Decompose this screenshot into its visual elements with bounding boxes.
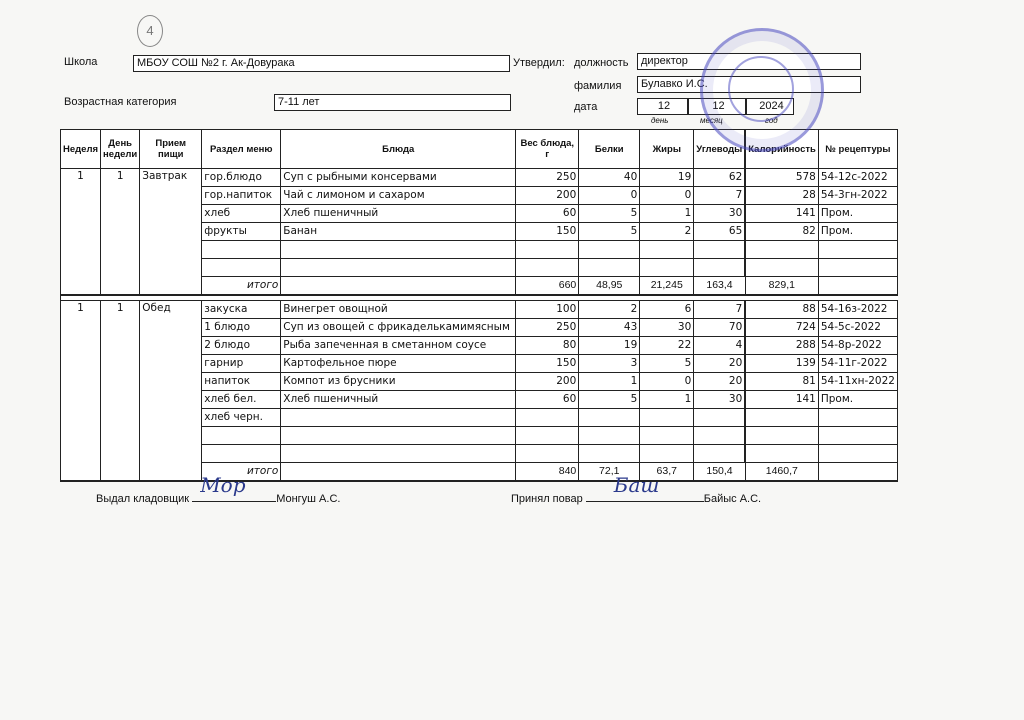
table-header-row: НеделяДень неделиПрием пищиРаздел менюБл… (61, 130, 898, 169)
cell-protein: 2 (579, 301, 640, 319)
date-year-field: 2024 (746, 98, 794, 115)
meal-meal: Завтрак (140, 169, 202, 296)
surname-field: Булавко И.С. (637, 76, 861, 93)
column-header: Белки (579, 130, 640, 169)
cell-kcal: 724 (745, 319, 818, 337)
column-header: День недели (101, 130, 140, 169)
cell-dish: Компот из брусники (281, 373, 516, 391)
cell-weight: 60 (516, 205, 579, 223)
cell-recipe: Пром. (818, 223, 897, 241)
issued-by: Выдал кладовщик Мор Монгуш А.С. (96, 489, 340, 505)
cell-fat: 0 (640, 187, 694, 205)
cell-fat: 19 (640, 169, 694, 187)
cell-weight: 60 (516, 391, 579, 409)
cell-section (202, 241, 281, 259)
cell-recipe: 54-3гн-2022 (818, 187, 897, 205)
approved-label: Утвердил: (513, 57, 565, 69)
issued-signature-line: Мор (192, 489, 276, 502)
cell-carbs (694, 409, 746, 427)
cell-kcal: 82 (745, 223, 818, 241)
cell-kcal: 141 (745, 205, 818, 223)
date-day-field: 12 (637, 98, 688, 115)
cell-recipe (818, 445, 897, 463)
cell-section (202, 427, 281, 445)
cell-kcal: 81 (745, 373, 818, 391)
meal-week: 1 (61, 301, 101, 482)
issued-label: Выдал кладовщик (96, 493, 189, 505)
cell-protein (579, 259, 640, 277)
total-kcal: 829,1 (745, 277, 818, 296)
cell-weight: 250 (516, 169, 579, 187)
meal-day: 1 (101, 301, 140, 482)
cell-carbs: 20 (694, 373, 746, 391)
cell-section (202, 445, 281, 463)
cell-weight: 200 (516, 187, 579, 205)
received-by: Принял повар Баш Байыс А.С. (511, 489, 761, 505)
cell-section: гор.напиток (202, 187, 281, 205)
cell-weight (516, 445, 579, 463)
cell-carbs: 4 (694, 337, 746, 355)
cell-fat (640, 259, 694, 277)
meal-week: 1 (61, 169, 101, 296)
school-field: МБОУ СОШ №2 г. Ак-Довурака (133, 55, 510, 72)
column-header: Прием пищи (140, 130, 202, 169)
cell-fat (640, 445, 694, 463)
cell-carbs (694, 427, 746, 445)
column-header: Блюда (281, 130, 516, 169)
cell-weight: 250 (516, 319, 579, 337)
cell-kcal (745, 409, 818, 427)
cell-protein: 5 (579, 391, 640, 409)
cell-dish (281, 463, 516, 482)
cell-weight (516, 409, 579, 427)
cell-recipe (818, 277, 897, 296)
cell-dish: Рыба запеченная в сметанном соусе (281, 337, 516, 355)
total-weight: 840 (516, 463, 579, 482)
cell-recipe: 54-12с-2022 (818, 169, 897, 187)
page-number-mark: 4 (137, 15, 163, 47)
cell-recipe: Пром. (818, 205, 897, 223)
received-signature-line: Баш (586, 489, 704, 502)
cell-dish: Банан (281, 223, 516, 241)
cell-carbs: 30 (694, 391, 746, 409)
cell-section: 1 блюдо (202, 319, 281, 337)
column-header: Раздел меню (202, 130, 281, 169)
cell-protein: 5 (579, 205, 640, 223)
total-label: итого (202, 277, 281, 296)
total-carbs: 150,4 (694, 463, 746, 482)
cell-carbs: 20 (694, 355, 746, 373)
cell-weight (516, 241, 579, 259)
cell-fat (640, 241, 694, 259)
cell-recipe: 54-11г-2022 (818, 355, 897, 373)
cell-kcal: 139 (745, 355, 818, 373)
menu-table: НеделяДень неделиПрием пищиРаздел менюБл… (60, 129, 898, 482)
cell-section: 2 блюдо (202, 337, 281, 355)
cell-section: хлеб бел. (202, 391, 281, 409)
cell-dish (281, 259, 516, 277)
total-kcal: 1460,7 (745, 463, 818, 482)
cell-weight: 200 (516, 373, 579, 391)
cell-dish: Винегрет овощной (281, 301, 516, 319)
surname-label: фамилия (574, 80, 621, 92)
issued-name: Монгуш А.С. (276, 493, 340, 505)
cell-dish: Чай с лимоном и сахаром (281, 187, 516, 205)
column-header: Вес блюда, г (516, 130, 579, 169)
cell-recipe: 54-5с-2022 (818, 319, 897, 337)
school-label: Школа (64, 56, 97, 68)
cell-fat: 1 (640, 391, 694, 409)
cell-recipe: 54-16з-2022 (818, 301, 897, 319)
cell-protein: 43 (579, 319, 640, 337)
cell-weight: 100 (516, 301, 579, 319)
cell-protein: 1 (579, 373, 640, 391)
position-field: директор (637, 53, 861, 70)
age-category-field: 7-11 лет (274, 94, 511, 111)
column-header: Калорийность (745, 130, 818, 169)
cell-carbs: 62 (694, 169, 746, 187)
cell-protein: 19 (579, 337, 640, 355)
cell-fat: 2 (640, 223, 694, 241)
cell-protein: 5 (579, 223, 640, 241)
total-fat: 21,245 (640, 277, 694, 296)
table-row: 11ОбедзакускаВинегрет овощной1002678854-… (61, 301, 898, 319)
cell-kcal: 578 (745, 169, 818, 187)
cell-dish: Картофельное пюре (281, 355, 516, 373)
cell-fat: 0 (640, 373, 694, 391)
cell-dish (281, 445, 516, 463)
cell-kcal: 28 (745, 187, 818, 205)
cell-kcal (745, 445, 818, 463)
total-weight: 660 (516, 277, 579, 296)
column-header: Неделя (61, 130, 101, 169)
cell-recipe (818, 409, 897, 427)
cell-carbs: 65 (694, 223, 746, 241)
cell-section: гарнир (202, 355, 281, 373)
cell-fat: 5 (640, 355, 694, 373)
position-label: должность (574, 57, 629, 69)
cell-fat: 6 (640, 301, 694, 319)
meal-meal: Обед (140, 301, 202, 482)
cell-recipe (818, 259, 897, 277)
cell-recipe (818, 427, 897, 445)
total-carbs: 163,4 (694, 277, 746, 296)
year-caption: год (765, 116, 778, 125)
cell-fat: 1 (640, 205, 694, 223)
cell-carbs (694, 445, 746, 463)
cell-dish (281, 277, 516, 296)
cell-carbs: 7 (694, 187, 746, 205)
cell-dish (281, 427, 516, 445)
cell-recipe: 54-8р-2022 (818, 337, 897, 355)
meal-day: 1 (101, 169, 140, 296)
cell-protein: 3 (579, 355, 640, 373)
cell-weight (516, 427, 579, 445)
cell-kcal: 141 (745, 391, 818, 409)
cell-fat (640, 409, 694, 427)
month-caption: месяц (700, 116, 723, 125)
cell-protein: 40 (579, 169, 640, 187)
cell-section: напиток (202, 373, 281, 391)
cell-fat (640, 427, 694, 445)
received-label: Принял повар (511, 493, 583, 505)
cell-kcal (745, 259, 818, 277)
cell-dish: Хлеб пшеничный (281, 205, 516, 223)
cell-protein (579, 445, 640, 463)
issued-signature: Мор (200, 473, 245, 497)
cell-section: хлеб черн. (202, 409, 281, 427)
age-category-label: Возрастная категория (64, 96, 176, 108)
cell-recipe: Пром. (818, 391, 897, 409)
date-label: дата (574, 101, 597, 113)
day-caption: день (651, 116, 668, 125)
cell-protein: 0 (579, 187, 640, 205)
cell-carbs (694, 259, 746, 277)
cell-carbs: 30 (694, 205, 746, 223)
cell-protein (579, 427, 640, 445)
cell-protein (579, 241, 640, 259)
cell-section: хлеб (202, 205, 281, 223)
cell-fat: 30 (640, 319, 694, 337)
cell-fat: 22 (640, 337, 694, 355)
cell-dish (281, 241, 516, 259)
date-month-field: 12 (688, 98, 746, 115)
column-header: Углеводы (694, 130, 746, 169)
cell-weight: 150 (516, 223, 579, 241)
cell-dish: Суп с рыбными консервами (281, 169, 516, 187)
received-signature: Баш (614, 473, 660, 497)
cell-weight: 80 (516, 337, 579, 355)
cell-section: закуска (202, 301, 281, 319)
cell-recipe (818, 241, 897, 259)
cell-weight (516, 259, 579, 277)
cell-recipe: 54-11хн-2022 (818, 373, 897, 391)
cell-dish: Хлеб пшеничный (281, 391, 516, 409)
cell-recipe (818, 463, 897, 482)
cell-dish (281, 409, 516, 427)
cell-dish: Суп из овощей с фрикаделькамимясным (281, 319, 516, 337)
cell-carbs: 70 (694, 319, 746, 337)
column-header: Жиры (640, 130, 694, 169)
cell-kcal (745, 427, 818, 445)
cell-protein (579, 409, 640, 427)
cell-section (202, 259, 281, 277)
cell-section: фрукты (202, 223, 281, 241)
column-header: № рецептуры (818, 130, 897, 169)
cell-carbs: 7 (694, 301, 746, 319)
cell-carbs (694, 241, 746, 259)
cell-kcal: 88 (745, 301, 818, 319)
cell-kcal: 288 (745, 337, 818, 355)
cell-kcal (745, 241, 818, 259)
received-name: Байыс А.С. (704, 493, 761, 505)
cell-weight: 150 (516, 355, 579, 373)
cell-section: гор.блюдо (202, 169, 281, 187)
table-row: 11Завтракгор.блюдоСуп с рыбными консерва… (61, 169, 898, 187)
total-protein: 48,95 (579, 277, 640, 296)
